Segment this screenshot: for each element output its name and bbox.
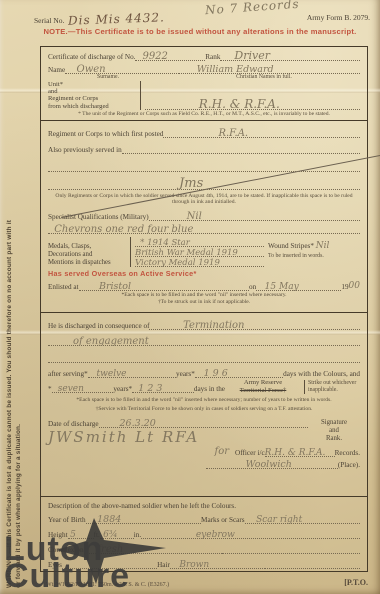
dotted-line: Chevrons one red four blue bbox=[48, 223, 360, 234]
discharge-certificate-document: WARNING.—If this Certificate is lost a d… bbox=[0, 0, 380, 594]
signature-label: and bbox=[329, 427, 339, 434]
complexion-value: fresh bbox=[97, 544, 123, 555]
reserve-or-tf-block: Army Reserve Territorial Force† bbox=[225, 379, 301, 395]
section-service: Regiment or Corps to which first posted … bbox=[41, 120, 367, 313]
dotted-line: twelve bbox=[88, 367, 176, 378]
signature-rank-label-block: Signature and Rank. bbox=[308, 417, 360, 443]
divider bbox=[140, 81, 141, 110]
dotted-line: 6¾ bbox=[100, 528, 134, 539]
dotted-line: 5 bbox=[68, 528, 94, 539]
signature-handwritten: JWSmith Lt RFA bbox=[48, 428, 199, 446]
unit-footnote: * The unit of the Regiment or Corps such… bbox=[48, 111, 360, 118]
printer-imprint: Wt. W1922/PP.1381. 750m. 4/18. S. & C. (… bbox=[46, 582, 169, 588]
hair-label: Hair bbox=[157, 561, 170, 569]
previously-served-label: Also previously served in bbox=[48, 146, 122, 154]
reserve-years-value: seven bbox=[58, 384, 84, 394]
specialist-qualifications-label: Specialist Qualifications (Military) bbox=[48, 213, 149, 221]
consequence-value: Termination bbox=[183, 320, 244, 331]
officer-unit-value: R.H. & R.F.A. bbox=[265, 448, 326, 458]
medals-value-block: * 1914 Star British War Medal 1919 Victo… bbox=[135, 237, 264, 267]
enlisted-date-value: 15 May bbox=[265, 282, 299, 292]
army-form-number: Army Form B. 2079. bbox=[307, 13, 370, 22]
complexion-label: Complexion bbox=[48, 546, 84, 554]
serial-number-row: Serial No.Dis Mis 4432. bbox=[34, 12, 165, 26]
dotted-line bbox=[62, 558, 157, 569]
unit-label-block: Unit* and Regiment or Corps from which d… bbox=[48, 81, 136, 110]
note-line: *Each space is to be filled in and the w… bbox=[121, 292, 286, 298]
medals-label-block: Medals, Clasps, Decorations and Mentions… bbox=[48, 237, 126, 267]
certificate-box: Certificate of discharge of No. 9922 Ran… bbox=[40, 46, 368, 572]
year-printed: 19 bbox=[341, 283, 348, 291]
enlisted-on-label: on bbox=[249, 283, 256, 291]
years-label: years* bbox=[113, 385, 132, 393]
enlisted-place-value: Bristol bbox=[99, 281, 131, 292]
medals-label: Medals, Clasps, bbox=[48, 243, 91, 250]
medals-label: Decorations and bbox=[48, 251, 92, 258]
dotted-line: R.H. & R.F.A. bbox=[265, 446, 335, 457]
dotted-line: 123 bbox=[132, 382, 194, 393]
date-signature-left: Date of discharge 26.3.20 JWSmith Lt RFA bbox=[48, 417, 308, 446]
dotted-line bbox=[48, 352, 360, 363]
discharge-no-label: Certificate of discharge of No. bbox=[48, 53, 135, 61]
serial-label: Serial No. bbox=[34, 16, 64, 25]
dotted-line: Nil bbox=[149, 210, 360, 221]
specialist-value: Nil bbox=[187, 211, 202, 222]
chevrons-value: Chevrons one red four blue bbox=[54, 224, 193, 235]
wound-stripes-label: Wound Stripes* bbox=[268, 242, 314, 250]
tf-service-note: †Service with Territorial Force to be sh… bbox=[48, 406, 360, 413]
year-of-birth-label: Year of Birth bbox=[48, 516, 86, 524]
dotted-line bbox=[265, 558, 360, 569]
dotted-line: Bristol bbox=[79, 280, 249, 291]
marks-value: Scar right bbox=[256, 515, 302, 525]
height-ft-value: 5 bbox=[70, 530, 76, 540]
surname-caption: Surname. bbox=[48, 74, 168, 80]
years-label: years* bbox=[176, 370, 195, 378]
overseas-service-stamp: Has served Overseas on Active Service* bbox=[48, 269, 360, 278]
colours-days-value: 196 bbox=[204, 368, 231, 379]
for-handwritten: for bbox=[215, 446, 230, 457]
records-office-handwritten: No 7 Records bbox=[205, 0, 300, 17]
dotted-line: * 1914 Star bbox=[135, 237, 264, 247]
dotted-line: Jms bbox=[48, 179, 360, 190]
unit-label: and bbox=[48, 88, 58, 95]
marks-or-scars-label: Marks or Scars bbox=[201, 516, 245, 524]
first-posted-label: Regiment or Corps to which first posted bbox=[48, 130, 163, 138]
dotted-line: Driver bbox=[220, 50, 360, 61]
description-heading: Description of the above-named soldier w… bbox=[48, 502, 360, 510]
hair-value: Brown bbox=[179, 560, 209, 570]
serial-value-handwritten: Dis Mis 4432. bbox=[68, 10, 165, 27]
dotted-line bbox=[222, 543, 360, 554]
date-of-discharge-label: Date of discharge bbox=[48, 420, 99, 428]
consequence-value-2: of engagement bbox=[73, 336, 149, 347]
colours-tail-label: days with the Colours, and bbox=[283, 370, 360, 378]
army-reserve-label: Army Reserve bbox=[244, 379, 282, 386]
eyes-label: Eyes bbox=[48, 561, 62, 569]
dotted-line: Victory Medal 1919 bbox=[135, 257, 264, 267]
wound-stripes-note: To be inserted in words. bbox=[268, 253, 324, 259]
rank-label: Rank bbox=[205, 53, 220, 61]
in-label: in. bbox=[134, 531, 141, 539]
dotted-line bbox=[122, 143, 360, 154]
place-value: Woolwich bbox=[246, 459, 292, 470]
strike-out-note: Strike out whichever inapplicable. bbox=[304, 380, 360, 394]
marks-value-2: eyebrow bbox=[196, 530, 235, 540]
height-label: Height bbox=[48, 531, 68, 539]
pto-label: [P.T.O. bbox=[344, 578, 368, 587]
signature-label: Rank. bbox=[326, 435, 342, 442]
wound-stripes-value: Nil bbox=[316, 241, 330, 251]
rank-value: Driver bbox=[234, 49, 270, 62]
name-label: Name bbox=[48, 66, 65, 74]
first-posted-value: R.F.A. bbox=[218, 128, 248, 139]
medals-label: Mentions in dispatches bbox=[48, 259, 111, 266]
dotted-line: seven bbox=[52, 382, 114, 393]
wound-stripes-block: Wound Stripes* Nil To be inserted in wor… bbox=[264, 237, 360, 259]
unit-label: Regiment or Corps bbox=[48, 95, 98, 102]
dotted-line: Scar right bbox=[245, 513, 360, 524]
medal-value: Victory Medal 1919 bbox=[135, 258, 220, 268]
enlisted-at-label: Enlisted at bbox=[48, 283, 79, 291]
signature-label: Signature bbox=[321, 419, 347, 426]
dotted-line: of engagement bbox=[48, 335, 360, 346]
dotted-line: 196 bbox=[195, 367, 283, 378]
date-of-discharge-value: 26.3.20 bbox=[120, 418, 156, 429]
dotted-line: R.H. & R.F.A. bbox=[145, 99, 360, 110]
reserve-row-left: * seven years* 123 days in the bbox=[48, 382, 225, 393]
warning-line: WARNING.—If this Certificate is lost a d… bbox=[6, 48, 15, 588]
unit-label: from which discharged bbox=[48, 103, 109, 110]
reserve-days-value: 123 bbox=[138, 383, 165, 394]
dotted-line: eyebrow bbox=[141, 528, 360, 539]
only-regiments-note: Only Regiments or Corps in which the sol… bbox=[48, 193, 360, 207]
section-identity: Certificate of discharge of No. 9922 Ran… bbox=[41, 47, 367, 120]
fill-in-note: *Each space is to be filled in and the w… bbox=[48, 397, 360, 404]
dotted-line: Termination bbox=[149, 319, 360, 330]
warning-line: or forward it by post when applying for … bbox=[15, 48, 24, 588]
dotted-line: Owen bbox=[65, 63, 178, 74]
dotted-line: fresh bbox=[84, 543, 222, 554]
unit-label: Unit* bbox=[48, 81, 63, 88]
section-discharge: He is discharged in consequence of Termi… bbox=[41, 312, 367, 496]
section-description: Description of the above-named soldier w… bbox=[41, 496, 367, 571]
after-serving-label: after serving* bbox=[48, 370, 88, 378]
place-label: (Place). bbox=[338, 461, 360, 469]
officer-ic-label: Officer i/c bbox=[235, 449, 265, 457]
dotted-line: British War Medal 1919 bbox=[135, 247, 264, 257]
dotted-line: Woolwich bbox=[206, 458, 338, 469]
dotted-line: R.F.A. bbox=[163, 127, 360, 138]
consequence-label: He is discharged in consequence of bbox=[48, 322, 149, 330]
unit-value: R.H. & R.F.A. bbox=[199, 97, 280, 111]
note-line: †To be struck out in ink if not applicab… bbox=[158, 299, 250, 305]
christian-names-caption: Christian Names in full. bbox=[168, 74, 360, 80]
year-of-birth-value: 1884 bbox=[97, 514, 121, 525]
dotted-line: 26.3.20 bbox=[99, 417, 308, 428]
dotted-line: Brown bbox=[170, 558, 265, 569]
red-note-stamp: NOTE.—This Certificate is to be issued w… bbox=[40, 27, 360, 36]
each-space-note: *Each space is to be filled in and the w… bbox=[48, 292, 360, 306]
height-in-value: 6¾ bbox=[103, 530, 117, 540]
ruling-initials: Jms bbox=[179, 176, 203, 191]
divider bbox=[130, 237, 131, 267]
edge-warning-text: WARNING.—If this Certificate is lost a d… bbox=[6, 48, 36, 588]
dotted-line: 1884 bbox=[86, 513, 201, 524]
dotted-line: 9922 bbox=[135, 50, 205, 61]
territorial-force-label-struck: Territorial Force† bbox=[240, 387, 287, 394]
discharge-no-value: 9922 bbox=[142, 51, 167, 62]
colours-years-value: twelve bbox=[97, 369, 127, 379]
year-handwritten: 00 bbox=[349, 281, 360, 291]
days-in-label: days in the bbox=[194, 385, 225, 393]
dotted-line: William Edward bbox=[179, 63, 360, 74]
dotted-line: 15 May bbox=[256, 280, 341, 291]
dotted-line bbox=[48, 161, 360, 172]
records-label: Records. bbox=[335, 449, 360, 457]
